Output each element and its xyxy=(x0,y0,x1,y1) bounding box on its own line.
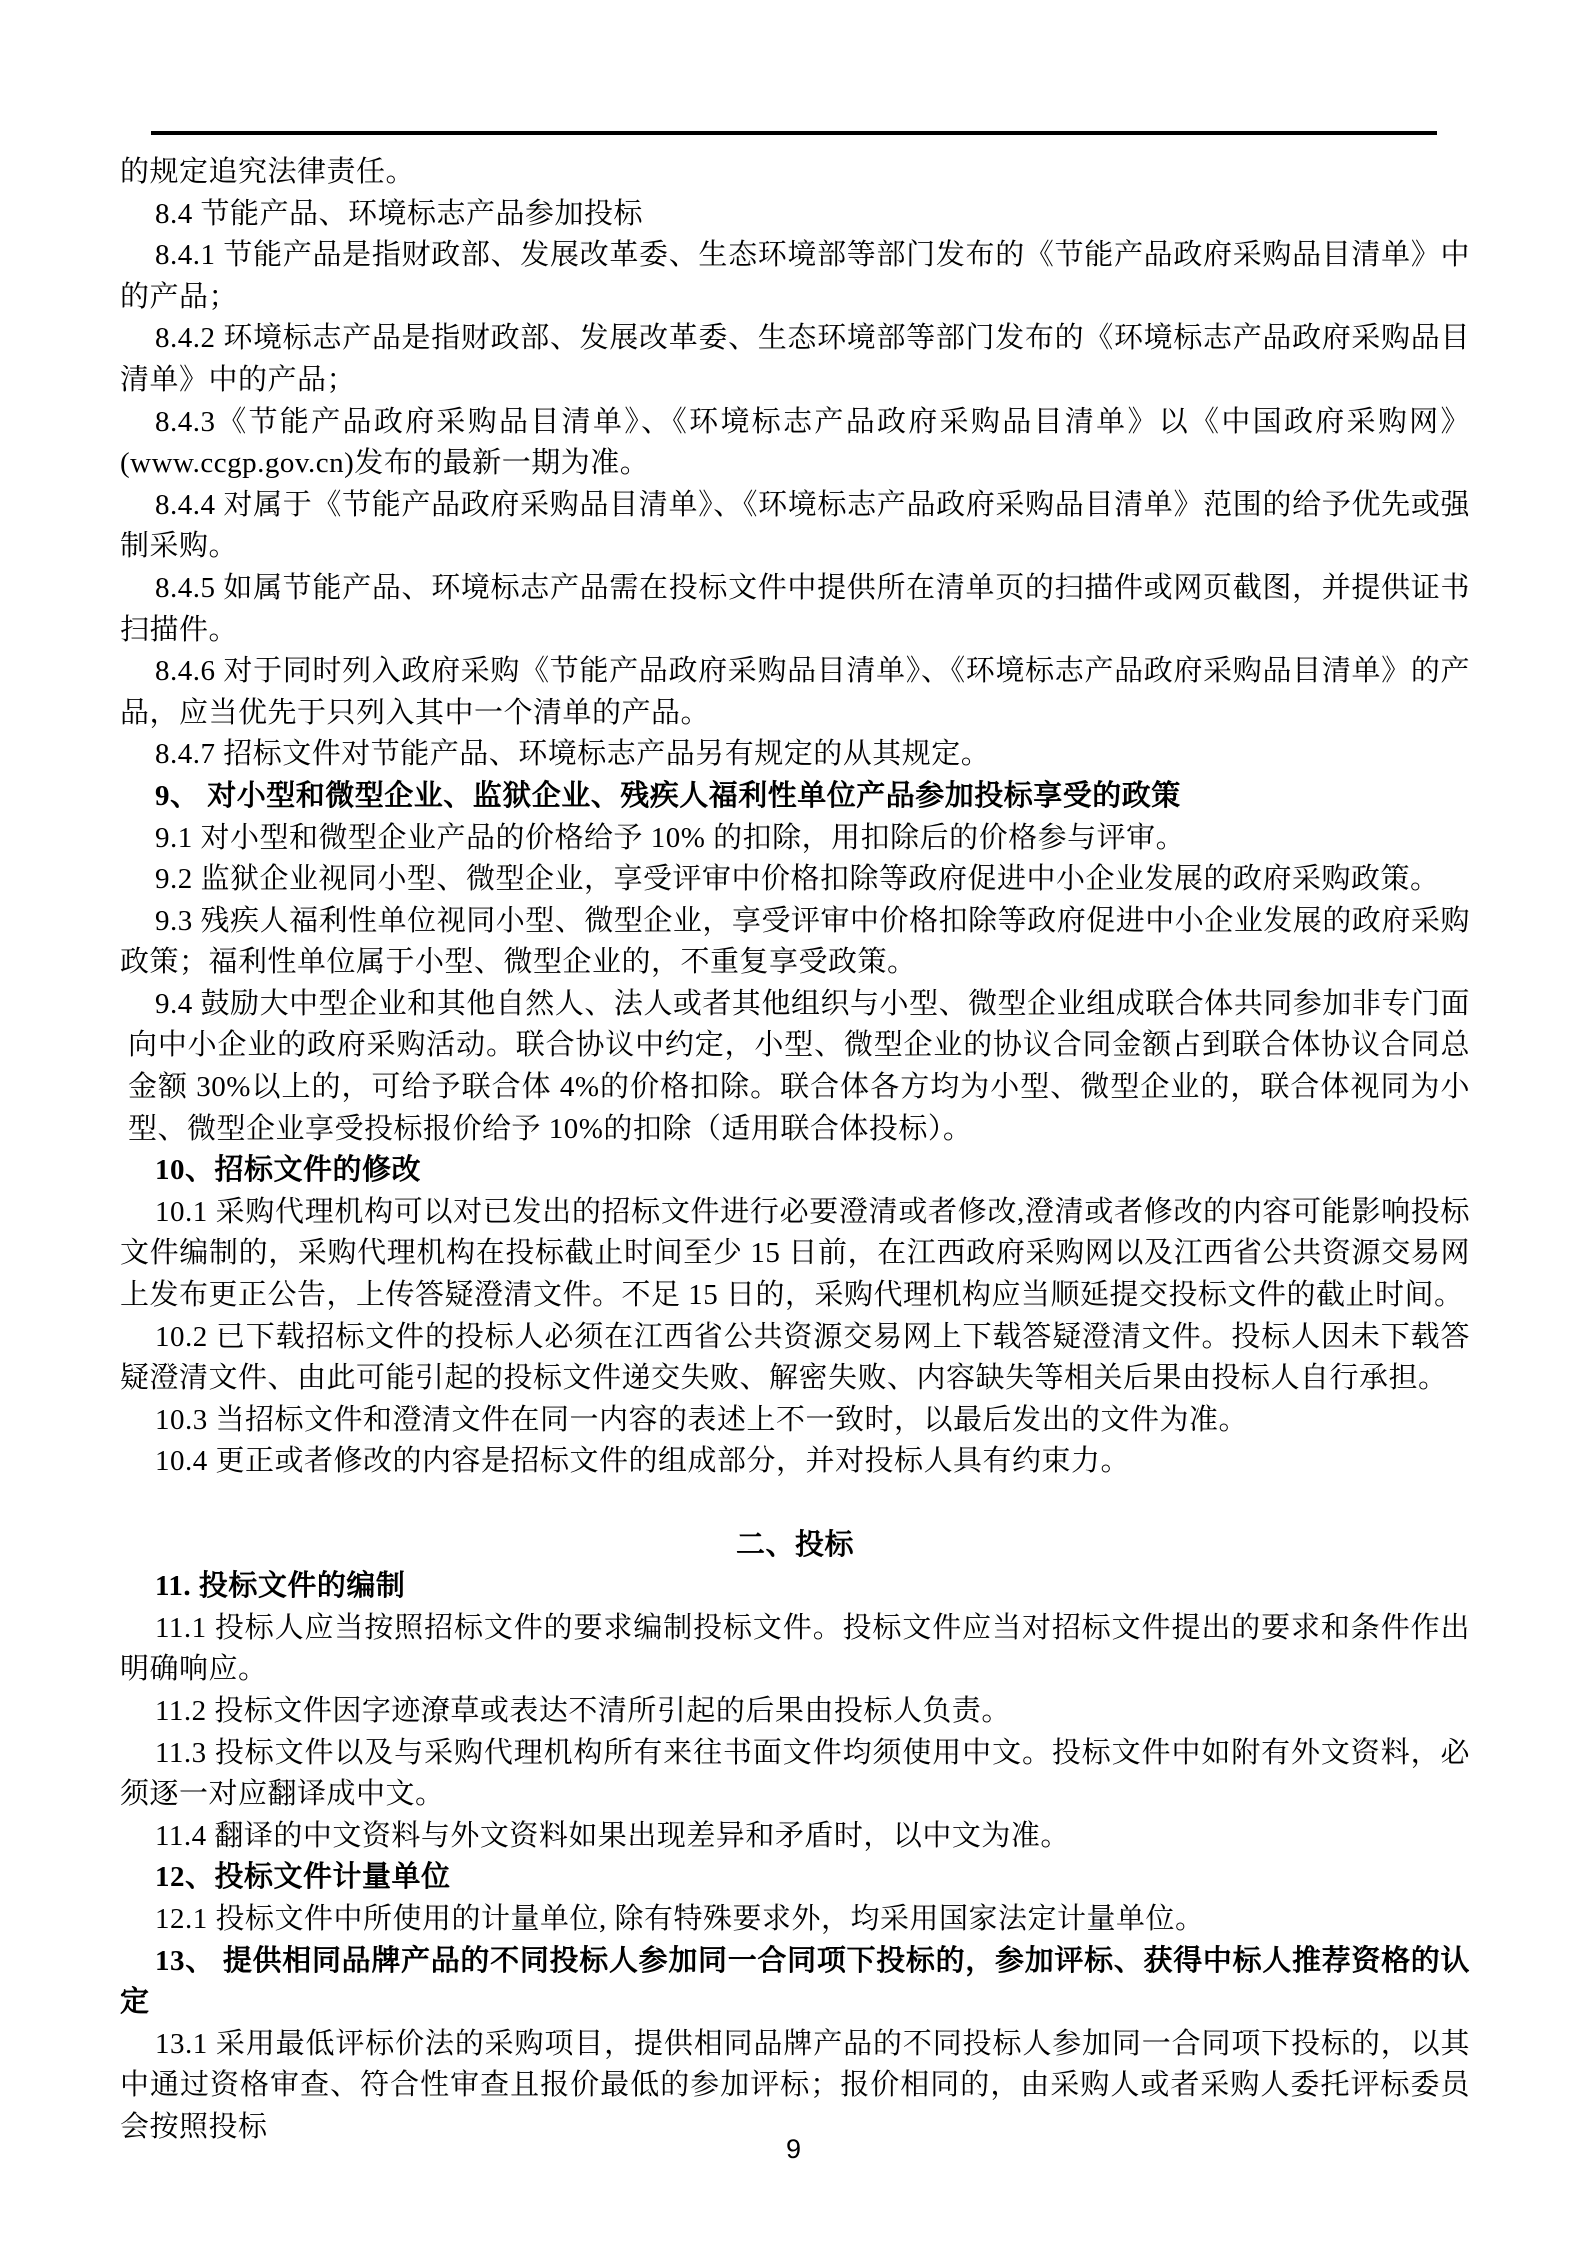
para-9-2: 9.2 监狱企业视同小型、微型企业，享受评审中价格扣除等政府促进中小企业发展的政… xyxy=(120,859,1470,901)
header-rule xyxy=(151,131,1437,135)
para-8-4-2: 8.4.2 环境标志产品是指财政部、发展改革委、生态环境部等部门发布的《环境标志… xyxy=(120,318,1470,401)
para-12-1: 12.1 投标文件中所使用的计量单位, 除有特殊要求外，均采用国家法定计量单位。 xyxy=(120,1899,1470,1941)
para-13-1: 13.1 采用最低评标价法的采购项目，提供相同品牌产品的不同投标人参加同一合同项… xyxy=(120,2024,1470,2149)
para-11-4: 11.4 翻译的中文资料与外文资料如果出现差异和矛盾时，以中文为准。 xyxy=(120,1816,1470,1858)
heading-11: 11. 投标文件的编制 xyxy=(120,1566,1470,1608)
para-9-1: 9.1 对小型和微型企业产品的价格给予 10% 的扣除，用扣除后的价格参与评审。 xyxy=(120,818,1470,860)
document-page: 的规定追究法律责任。 8.4 节能产品、环境标志产品参加投标 8.4.1 节能产… xyxy=(0,0,1587,2245)
section-title-bidding: 二、投标 xyxy=(120,1525,1470,1567)
para-8-4-1: 8.4.1 节能产品是指财政部、发展改革委、生态环境部等部门发布的《节能产品政府… xyxy=(120,235,1470,318)
para-9-3: 9.3 残疾人福利性单位视同小型、微型企业，享受评审中价格扣除等政府促进中小企业… xyxy=(120,901,1470,984)
para-8-4-7: 8.4.7 招标文件对节能产品、环境标志产品另有规定的从其规定。 xyxy=(120,734,1470,776)
heading-9: 9、 对小型和微型企业、监狱企业、残疾人福利性单位产品参加投标享受的政策 xyxy=(120,776,1470,818)
para-11-3: 11.3 投标文件以及与采购代理机构所有来往书面文件均须使用中文。投标文件中如附… xyxy=(120,1733,1470,1816)
para-9-4: 9.4 鼓励大中型企业和其他自然人、法人或者其他组织与小型、微型企业组成联合体共… xyxy=(128,984,1470,1150)
para-8-4: 8.4 节能产品、环境标志产品参加投标 xyxy=(120,194,1470,236)
heading-12: 12、投标文件计量单位 xyxy=(120,1857,1470,1899)
para-8-4-5: 8.4.5 如属节能产品、环境标志产品需在投标文件中提供所在清单页的扫描件或网页… xyxy=(120,568,1470,651)
para-10-1: 10.1 采购代理机构可以对已发出的招标文件进行必要澄清或者修改,澄清或者修改的… xyxy=(120,1192,1470,1317)
para-11-2: 11.2 投标文件因字迹潦草或表达不清所引起的后果由投标人负责。 xyxy=(120,1691,1470,1733)
page-body: 的规定追究法律责任。 8.4 节能产品、环境标志产品参加投标 8.4.1 节能产… xyxy=(120,152,1470,2149)
para-8-4-6: 8.4.6 对于同时列入政府采购《节能产品政府采购品目清单》、《环境标志产品政府… xyxy=(120,651,1470,734)
heading-10: 10、招标文件的修改 xyxy=(120,1150,1470,1192)
heading-13: 13、 提供相同品牌产品的不同投标人参加同一合同项下投标的，参加评标、获得中标人… xyxy=(120,1941,1470,2024)
para-10-2: 10.2 已下载招标文件的投标人必须在江西省公共资源交易网上下载答疑澄清文件。投… xyxy=(120,1317,1470,1400)
para-continuation-legal: 的规定追究法律责任。 xyxy=(120,152,1470,194)
para-11-1: 11.1 投标人应当按照招标文件的要求编制投标文件。投标文件应当对招标文件提出的… xyxy=(120,1608,1470,1691)
page-number: 9 xyxy=(0,2134,1587,2165)
para-10-3: 10.3 当招标文件和澄清文件在同一内容的表述上不一致时，以最后发出的文件为准。 xyxy=(120,1400,1470,1442)
para-8-4-3: 8.4.3《节能产品政府采购品目清单》、《环境标志产品政府采购品目清单》以《中国… xyxy=(120,402,1470,485)
para-8-4-4: 8.4.4 对属于《节能产品政府采购品目清单》、《环境标志产品政府采购品目清单》… xyxy=(120,485,1470,568)
para-10-4: 10.4 更正或者修改的内容是招标文件的组成部分，并对投标人具有约束力。 xyxy=(120,1441,1470,1483)
